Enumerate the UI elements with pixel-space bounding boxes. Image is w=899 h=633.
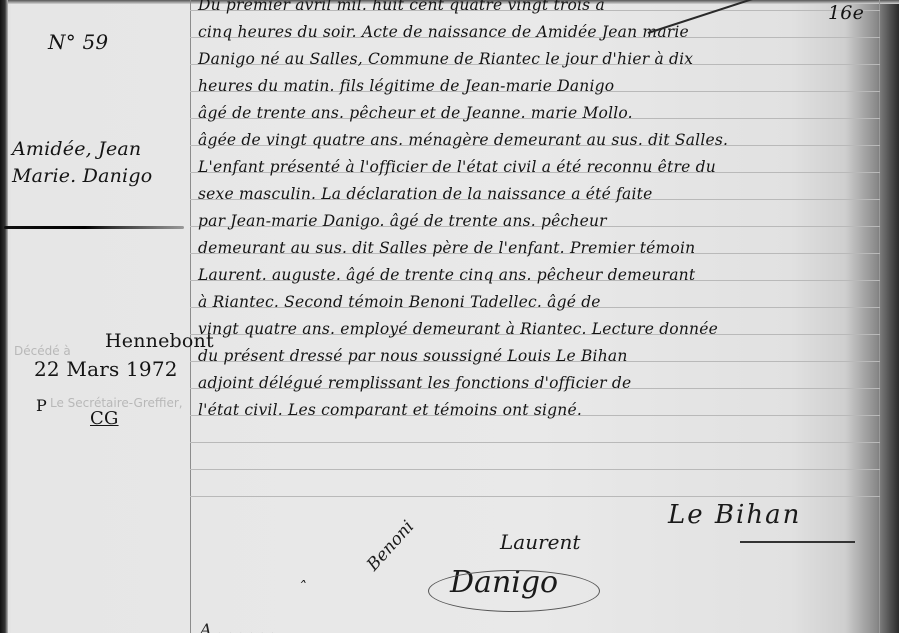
record-line: L'enfant présenté à l'officier de l'état… xyxy=(198,158,716,176)
record-line: Danigo né au Salles, Commune de Riantec … xyxy=(198,50,693,68)
record-line: âgée de vingt quatre ans. ménagère demeu… xyxy=(198,131,728,149)
page-left-edge xyxy=(0,0,8,633)
witness-1-signature: Laurent xyxy=(500,530,580,554)
officer-signature: Le Bihan xyxy=(668,500,801,530)
ruled-line xyxy=(190,442,880,443)
signature-mark: ˆ xyxy=(298,578,306,597)
stamp-deceased-label: Décédé à xyxy=(14,344,71,358)
signature-flourish xyxy=(428,570,600,612)
record-line: demeurant au sus. dit Salles père de l'e… xyxy=(198,239,695,257)
register-page: N° 59 Amidée, Jean Marie. Danigo Décédé … xyxy=(0,0,899,633)
next-record-partial: A . . . . . . xyxy=(200,620,275,633)
witness-2-signature: Benoni xyxy=(363,517,418,575)
record-line: par Jean-marie Danigo. âgé de trente ans… xyxy=(198,212,607,230)
subject-name-line-2: Marie. Danigo xyxy=(12,165,152,187)
right-margin-rule xyxy=(879,0,880,633)
margin-rule xyxy=(190,0,191,633)
officer-signature-underline xyxy=(740,541,855,543)
record-line: du présent dressé par nous soussigné Lou… xyxy=(198,347,628,365)
folio-number: 16e xyxy=(828,2,864,24)
record-number: N° 59 xyxy=(48,30,108,54)
record-line: vingt quatre ans. employé demeurant à Ri… xyxy=(198,320,718,338)
record-line: âgé de trente ans. pêcheur et de Jeanne.… xyxy=(198,104,633,122)
record-line: adjoint délégué remplissant les fonction… xyxy=(198,374,631,392)
ruled-line xyxy=(190,496,880,497)
ruled-line xyxy=(190,469,880,470)
record-line: l'état civil. Les comparant et témoins o… xyxy=(198,401,582,419)
record-line: Du premier avril mil. huit cent quatre v… xyxy=(198,0,605,14)
mention-initial: P xyxy=(36,396,47,415)
record-line: à Riantec. Second témoin Benoni Tadellec… xyxy=(198,293,601,311)
annotation-stroke xyxy=(648,0,753,34)
record-line: sexe masculin. La déclaration de la nais… xyxy=(198,185,652,203)
record-line: heures du matin. fils légitime de Jean-m… xyxy=(198,77,614,95)
record-line: Laurent. auguste. âgé de trente cinq ans… xyxy=(198,266,695,284)
death-date: 22 Mars 1972 xyxy=(34,357,178,381)
record-line: cinq heures du soir. Acte de naissance d… xyxy=(198,23,689,41)
subject-name-line-1: Amidée, Jean xyxy=(12,138,141,160)
margin-separator xyxy=(4,226,184,229)
clerk-initials: CG xyxy=(90,408,119,429)
